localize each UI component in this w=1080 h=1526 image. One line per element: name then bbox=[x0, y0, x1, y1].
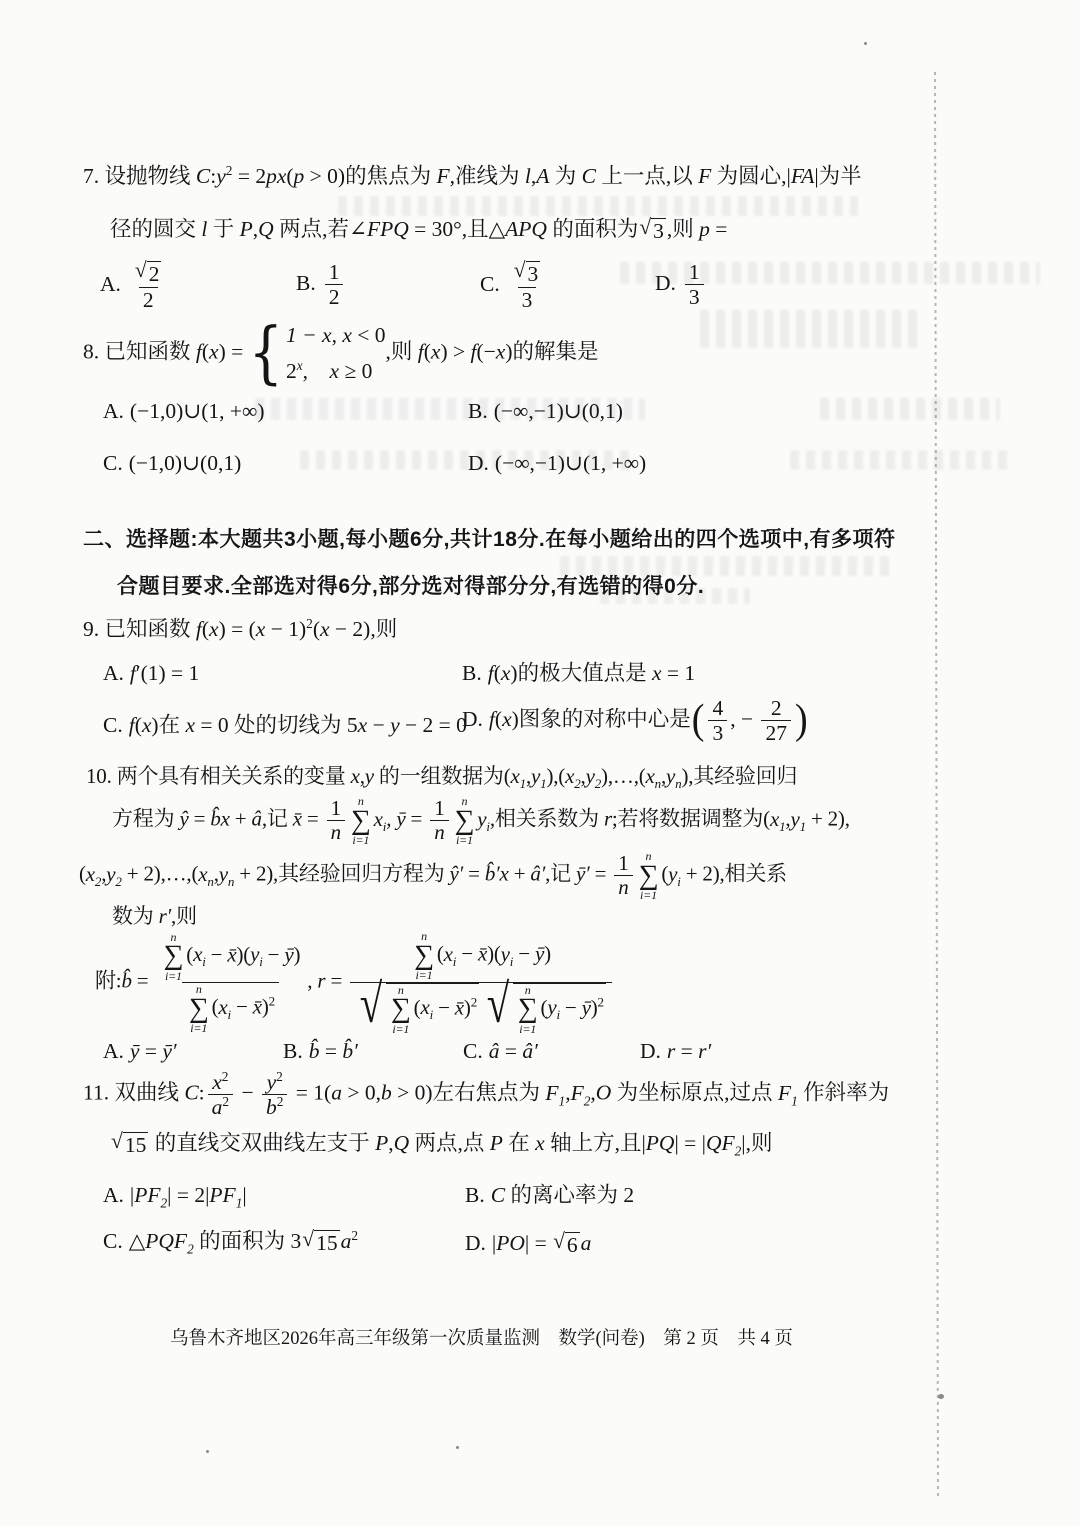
question-9-stem: 9. 已知函数 f(x) = (x − 1)2(x − 2),则 bbox=[83, 616, 397, 643]
question-11-stem-line-1: 11. 双曲线 C:x2a2 − y2b2 = 1(a > 0,b > 0)左右… bbox=[83, 1070, 889, 1119]
option-label: B. bbox=[462, 661, 482, 685]
question-9-option-d: D.f(x)图象的对称中心是(43, − 227) bbox=[462, 696, 809, 745]
option-formula: b̂ = b̂′ bbox=[309, 1039, 358, 1063]
option-label: C. bbox=[103, 713, 123, 737]
section-2-header-line-2: 合题目要求.全部选对得6分,部分选对得部分分,有选错的得0分. bbox=[117, 574, 704, 600]
bleedthrough-smudge bbox=[700, 310, 920, 348]
option-label: B. bbox=[465, 1183, 485, 1207]
option-formula: △PQF2 的面积为 3√15a2 bbox=[129, 1229, 358, 1253]
question-11-option-b: B.C 的离心率为 2 bbox=[465, 1182, 634, 1209]
question-8-stem: 8. 已知函数 f(x) = {1 − x, x < 02x, x ≥ 0,则 … bbox=[83, 322, 599, 385]
question-7-option-c: C.√33 bbox=[480, 260, 548, 312]
option-formula: C 的离心率为 2 bbox=[491, 1183, 634, 1207]
question-10-stem-line-1: 10. 两个具有相关关系的变量 x,y 的一组数据为(x1,y1),(x2,y2… bbox=[86, 763, 797, 789]
option-label: A. bbox=[103, 661, 124, 685]
page-footer: 乌鲁木齐地区2026年高三年级第一次质量监测 数学(问卷) 第 2 页 共 4 … bbox=[170, 1324, 793, 1350]
bleedthrough-smudge bbox=[790, 450, 1010, 470]
question-10-option-b: B.b̂ = b̂′ bbox=[283, 1038, 358, 1065]
bleedthrough-smudge bbox=[820, 398, 1000, 420]
option-formula: (−∞,−1)∪(0,1) bbox=[494, 399, 623, 423]
question-11-option-a: A.|PF2| = 2|PF1| bbox=[103, 1182, 247, 1209]
option-label: C. bbox=[103, 1229, 123, 1253]
question-9-option-b: B.f(x)的极大值点是 x = 1 bbox=[462, 660, 695, 687]
option-formula: f(x)的极大值点是 x = 1 bbox=[488, 661, 695, 685]
question-10-option-d: D.r = r′ bbox=[640, 1038, 711, 1065]
option-label: C. bbox=[463, 1039, 483, 1063]
question-8-option-c: C.(−1,0)∪(0,1) bbox=[103, 450, 241, 477]
question-8-option-b: B.(−∞,−1)∪(0,1) bbox=[468, 398, 623, 425]
option-label: A. bbox=[103, 1183, 124, 1207]
question-7-stem-line-2: 径的圆交 l 于 P,Q 两点,若∠FPQ = 30°,且△APQ 的面积为√3… bbox=[110, 216, 727, 244]
option-label: D. bbox=[468, 451, 489, 475]
question-10-option-a: A.ȳ = ȳ′ bbox=[103, 1038, 177, 1065]
question-11-option-d: D.|PO| = √6a bbox=[465, 1230, 591, 1258]
scan-speck bbox=[456, 1446, 459, 1449]
option-formula: f′(1) = 1 bbox=[130, 661, 199, 685]
option-label: A. bbox=[103, 1039, 124, 1063]
option-formula: 13 bbox=[682, 271, 707, 295]
question-10-stem-line-4: 数为 r′,则 bbox=[112, 903, 197, 929]
option-formula: f(x)在 x = 0 处的切线为 5x − y − 2 = 0 bbox=[129, 713, 467, 737]
option-formula: f(x)图象的对称中心是(43, − 227) bbox=[489, 707, 809, 731]
question-9-option-a: A.f′(1) = 1 bbox=[103, 660, 199, 687]
option-formula: â = â′ bbox=[489, 1039, 538, 1063]
option-formula: (−1,0)∪(1, +∞) bbox=[130, 399, 265, 423]
option-label: D. bbox=[465, 1231, 486, 1255]
question-9-option-c: C.f(x)在 x = 0 处的切线为 5x − y − 2 = 0 bbox=[103, 712, 467, 739]
option-label: C. bbox=[480, 272, 500, 296]
question-10-reference-formula: 附:b̂ = n∑i=1(xi − x̄)(yi − ȳ)n∑i=1(xi − … bbox=[95, 930, 615, 1036]
option-formula: |PO| = √6a bbox=[492, 1231, 591, 1255]
question-10-stem-line-3: (x2,y2 + 2),…,(xn,yn + 2),其经验回归方程为 ŷ′ = … bbox=[79, 850, 787, 902]
question-10-option-c: C.â = â′ bbox=[463, 1038, 538, 1065]
question-7-stem-line-1: 7. 设抛物线 C:y2 = 2px(p > 0)的焦点为 F,准线为 l,A … bbox=[83, 163, 862, 190]
option-label: B. bbox=[296, 271, 316, 295]
option-formula: √33 bbox=[506, 272, 549, 296]
option-formula: 12 bbox=[322, 271, 347, 295]
option-label: B. bbox=[468, 399, 488, 423]
question-8-option-a: A.(−1,0)∪(1, +∞) bbox=[103, 398, 265, 425]
option-label: A. bbox=[103, 399, 124, 423]
section-2-header-line-1: 二、选择题:本大题共3小题,每小题6分,共计18分.在每小题给出的四个选项中,有… bbox=[83, 527, 896, 553]
scan-speck bbox=[864, 42, 867, 45]
question-7-option-a: A.√22 bbox=[100, 260, 169, 312]
option-label: D. bbox=[462, 707, 483, 731]
option-label: C. bbox=[103, 451, 123, 475]
bleedthrough-smudge bbox=[560, 556, 890, 576]
option-label: A. bbox=[100, 272, 121, 296]
option-formula: √22 bbox=[127, 272, 170, 296]
question-7-option-b: B.12 bbox=[296, 260, 346, 309]
option-label: B. bbox=[283, 1039, 303, 1063]
option-formula: r = r′ bbox=[667, 1039, 711, 1063]
scan-edge-line bbox=[934, 72, 939, 1500]
option-label: D. bbox=[655, 271, 676, 295]
question-10-stem-line-2: 方程为 ŷ = b̂x + â,记 x̄ = 1nn∑i=1xi, ȳ = 1n… bbox=[112, 795, 850, 847]
option-label: D. bbox=[640, 1039, 661, 1063]
option-formula: |PF2| = 2|PF1| bbox=[130, 1183, 247, 1207]
bleedthrough-smudge bbox=[338, 196, 858, 216]
question-7-option-d: D.13 bbox=[655, 260, 707, 309]
question-11-stem-line-2: √15 的直线交双曲线左支于 P,Q 两点,点 P 在 x 轴上方,且|PQ| … bbox=[110, 1130, 772, 1158]
question-8-option-d: D.(−∞,−1)∪(1, +∞) bbox=[468, 450, 646, 477]
option-formula: ȳ = ȳ′ bbox=[130, 1039, 177, 1063]
scan-speck bbox=[206, 1450, 209, 1453]
exam-page: 7. 设抛物线 C:y2 = 2px(p > 0)的焦点为 F,准线为 l,A … bbox=[0, 0, 1080, 1526]
question-11-option-c: C.△PQF2 的面积为 3√15a2 bbox=[103, 1228, 358, 1256]
option-formula: (−1,0)∪(0,1) bbox=[129, 451, 242, 475]
option-formula: (−∞,−1)∪(1, +∞) bbox=[495, 451, 646, 475]
scan-speck bbox=[938, 1394, 944, 1399]
